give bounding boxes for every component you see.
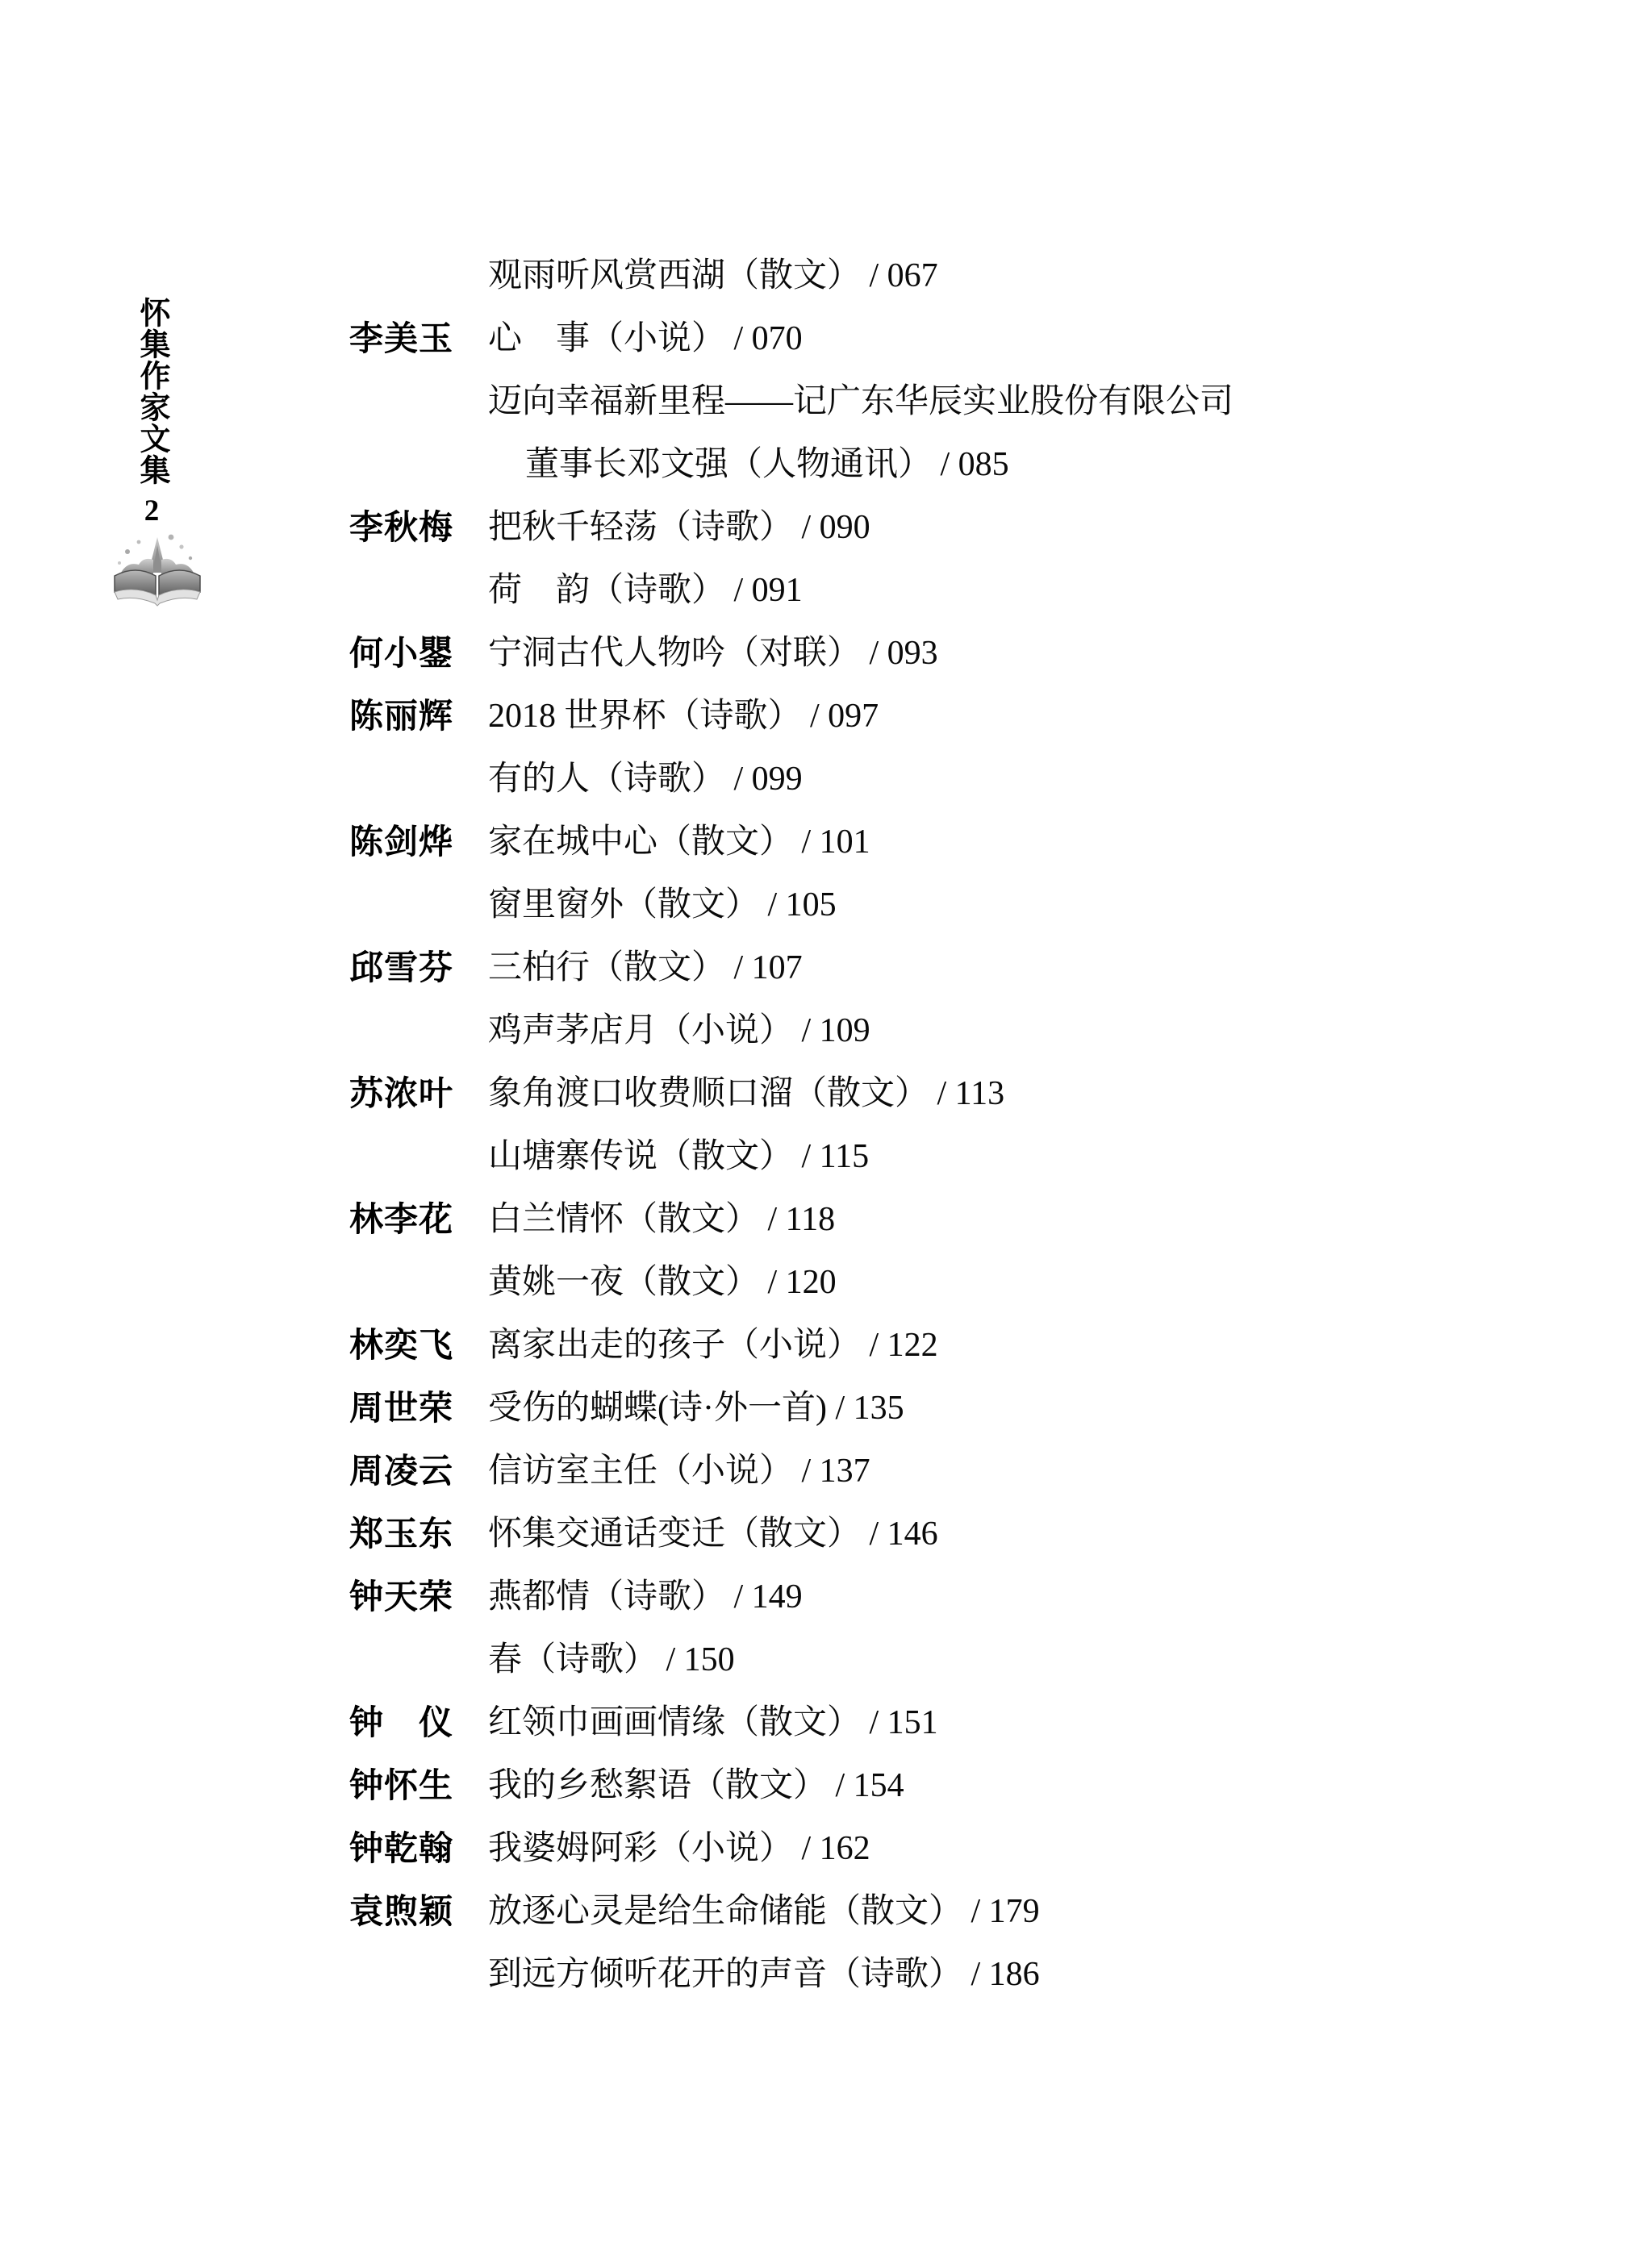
toc-page-number: / 109: [793, 1012, 870, 1049]
toc-entry: 钟怀生我的乡愁絮语（散文） / 154: [349, 1754, 1527, 1817]
toc-page-number: / 091: [725, 572, 803, 609]
toc-author: 钟怀生: [349, 1754, 488, 1817]
toc-entry: 钟天荣燕都情（诗歌） / 149: [349, 1566, 1527, 1628]
toc-title: 我婆姆阿彩（小说）: [488, 1830, 793, 1867]
toc-entry: 钟 仪红领巾画画情缘（散文） / 151: [349, 1691, 1527, 1754]
toc-entry: 黄姚一夜（散文） / 120: [349, 1251, 1527, 1314]
toc-page-number: / 105: [759, 886, 837, 923]
toc-entry: 苏浓叶象角渡口收费顺口溜（散文） / 113: [349, 1062, 1527, 1125]
toc-entry: 观雨听风赏西湖（散文） / 067: [349, 244, 1527, 307]
toc-entry: 林奕飞离家出走的孩子（小说） / 122: [349, 1314, 1527, 1377]
toc-author: 郑玉东: [349, 1503, 488, 1566]
toc-author: 陈剑烨: [349, 811, 488, 873]
toc-page-number: / 099: [725, 761, 803, 798]
toc-title: 鸡声茅店月（小说）: [488, 1012, 793, 1049]
toc-page-number: / 070: [725, 320, 803, 357]
toc-page-number: / 113: [929, 1075, 1004, 1112]
toc-title: 心 事（小说）: [488, 320, 725, 357]
series-title-vertical: 怀集作家文集: [136, 297, 168, 486]
toc-title: 放逐心灵是给生命储能（散文）: [488, 1893, 962, 1930]
toc-title: 家在城中心（散文）: [488, 823, 793, 861]
toc-title: 迈向幸福新里程——记广东华辰实业股份有限公司: [488, 383, 1234, 420]
toc-entry: 董事长邓文强（人物通讯） / 085: [349, 433, 1527, 496]
toc-author: 钟乾翰: [349, 1817, 488, 1880]
toc-entry: 有的人（诗歌） / 099: [349, 748, 1527, 811]
toc-page-number: / 135: [827, 1390, 904, 1427]
toc-entry: 周凌云信访室主任（小说） / 137: [349, 1440, 1527, 1503]
toc-page-number: / 154: [827, 1767, 904, 1804]
toc-title: 信访室主任（小说）: [488, 1453, 793, 1490]
toc-page-number: / 186: [962, 1956, 1040, 1993]
toc-author: 邱雪芬: [349, 936, 488, 999]
toc-page-number: / 115: [793, 1138, 869, 1175]
toc-title: 怀集交通话变迁（散文）: [488, 1515, 861, 1553]
toc-author: 钟天荣: [349, 1566, 488, 1628]
toc-author: 苏浓叶: [349, 1062, 488, 1125]
toc-page-number: / 151: [861, 1704, 938, 1741]
toc-title: 春（诗歌）: [488, 1641, 657, 1678]
toc-entry: 陈丽辉2018 世界杯（诗歌） / 097: [349, 685, 1527, 748]
toc-page-number: / 090: [793, 509, 870, 546]
toc-page-number: / 107: [725, 949, 803, 986]
toc-entry: 荷 韵（诗歌） / 091: [349, 559, 1527, 622]
toc-title: 把秋千轻荡（诗歌）: [488, 509, 793, 546]
toc-title: 有的人（诗歌）: [488, 761, 725, 798]
toc-title: 离家出走的孩子（小说）: [488, 1327, 861, 1364]
toc-entry: 林李花白兰情怀（散文） / 118: [349, 1188, 1527, 1251]
toc-entry: 鸡声茅店月（小说） / 109: [349, 999, 1527, 1062]
toc-author: 周世荣: [349, 1377, 488, 1440]
toc-title: 白兰情怀（散文）: [488, 1201, 759, 1238]
toc-title: 山塘寨传说（散文）: [488, 1138, 793, 1175]
toc-author: 周凌云: [349, 1440, 488, 1503]
toc-page-number: / 162: [793, 1830, 870, 1867]
toc-entry: 何小鑍宁洞古代人物吟（对联） / 093: [349, 622, 1527, 685]
toc-entry: 陈剑烨家在城中心（散文） / 101: [349, 811, 1527, 873]
toc-author: 李秋梅: [349, 496, 488, 559]
toc-author: 林奕飞: [349, 1314, 488, 1377]
toc-title: 燕都情（诗歌）: [488, 1578, 725, 1616]
toc-author: 袁煦颖: [349, 1880, 488, 1943]
toc-entry: 李美玉心 事（小说） / 070: [349, 307, 1527, 370]
toc-entry: 袁煦颖放逐心灵是给生命储能（散文） / 179: [349, 1880, 1527, 1943]
toc-entry: 钟乾翰我婆姆阿彩（小说） / 162: [349, 1817, 1527, 1880]
toc-page-number: / 150: [657, 1641, 735, 1678]
toc-page-number: / 097: [802, 698, 879, 735]
toc-title: 董事长邓文强（人物通讯）: [488, 446, 932, 483]
toc-entry: 山塘寨传说（散文） / 115: [349, 1125, 1527, 1188]
toc-page-number: / 101: [793, 823, 870, 861]
toc-entry: 到远方倾听花开的声音（诗歌） / 186: [349, 1943, 1527, 2006]
toc-title: 黄姚一夜（散文）: [488, 1264, 759, 1301]
toc-entry: 郑玉东怀集交通话变迁（散文） / 146: [349, 1503, 1527, 1566]
toc-page-number: / 118: [759, 1201, 835, 1238]
toc-page-number: / 067: [861, 257, 938, 294]
toc-title: 观雨听风赏西湖（散文）: [488, 257, 861, 294]
toc-title: 宁洞古代人物吟（对联）: [488, 635, 861, 672]
toc-entry: 邱雪芬三柏行（散文） / 107: [349, 936, 1527, 999]
toc-entry: 迈向幸福新里程——记广东华辰实业股份有限公司: [349, 370, 1527, 433]
volume-number: 2: [129, 494, 174, 528]
toc-page-number: / 085: [932, 446, 1009, 483]
toc-title: 到远方倾听花开的声音（诗歌）: [488, 1956, 962, 1993]
toc-author: 钟 仪: [349, 1691, 488, 1754]
toc-entry: 李秋梅把秋千轻荡（诗歌） / 090: [349, 496, 1527, 559]
toc-entry: 窗里窗外（散文） / 105: [349, 873, 1527, 936]
table-of-contents: 观雨听风赏西湖（散文） / 067李美玉心 事（小说） / 070迈向幸福新里程…: [349, 244, 1527, 2006]
toc-page-number: / 122: [861, 1327, 938, 1364]
open-book-icon: [106, 531, 208, 608]
toc-page-number: / 093: [861, 635, 938, 672]
toc-title: 红领巾画画情缘（散文）: [488, 1704, 861, 1741]
toc-page-number: / 120: [759, 1264, 837, 1301]
toc-author: 陈丽辉: [349, 685, 488, 748]
toc-page-number: / 137: [793, 1453, 870, 1490]
toc-author: 李美玉: [349, 307, 488, 370]
toc-title: 受伤的蝴蝶(诗·外一首): [488, 1390, 827, 1427]
toc-page-number: / 149: [725, 1578, 803, 1616]
toc-title: 我的乡愁絮语（散文）: [488, 1767, 827, 1804]
toc-title: 三柏行（散文）: [488, 949, 725, 986]
toc-title: 象角渡口收费顺口溜（散文）: [488, 1075, 929, 1112]
toc-entry: 春（诗歌） / 150: [349, 1628, 1527, 1691]
toc-page-number: / 146: [861, 1515, 938, 1553]
toc-author: 林李花: [349, 1188, 488, 1251]
toc-title: 荷 韵（诗歌）: [488, 572, 725, 609]
toc-title: 窗里窗外（散文）: [488, 886, 759, 923]
toc-page-number: / 179: [962, 1893, 1040, 1930]
toc-title: 2018 世界杯（诗歌）: [488, 698, 802, 735]
toc-author: 何小鑍: [349, 622, 488, 685]
toc-entry: 周世荣受伤的蝴蝶(诗·外一首) / 135: [349, 1377, 1527, 1440]
